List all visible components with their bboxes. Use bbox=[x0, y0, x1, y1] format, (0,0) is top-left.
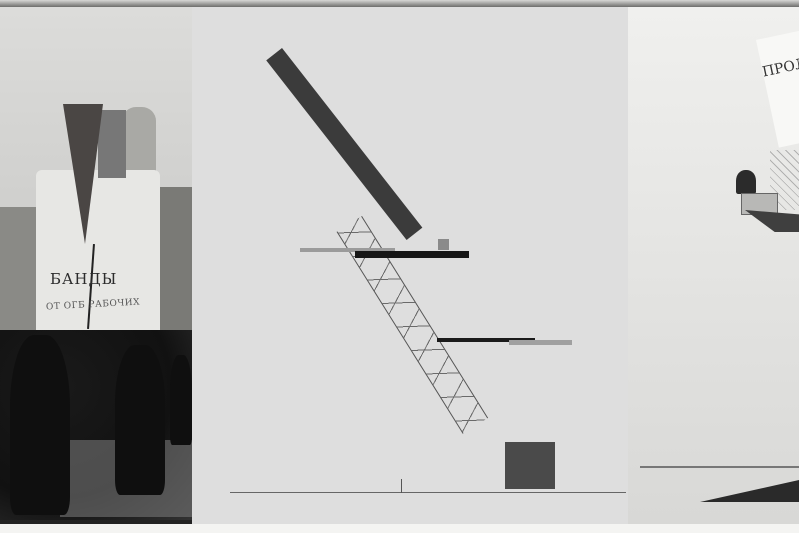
ground-line bbox=[230, 492, 626, 493]
tribune-drawing-panel bbox=[192, 7, 628, 524]
person-figure bbox=[115, 345, 165, 495]
small-square bbox=[438, 239, 449, 250]
person-figure bbox=[170, 355, 192, 445]
ground-tick-mark bbox=[401, 479, 402, 493]
building-left bbox=[0, 207, 40, 337]
monument-inscription-main: БАНДЫ bbox=[50, 270, 117, 288]
frame-top-edge bbox=[0, 0, 799, 7]
monument-pedestal bbox=[36, 170, 160, 340]
building-right bbox=[155, 187, 192, 337]
orator-figure bbox=[736, 170, 756, 194]
base-block bbox=[505, 442, 555, 489]
wedge-side-face bbox=[98, 110, 126, 178]
grey-bar-lower bbox=[509, 340, 572, 345]
person-figure bbox=[10, 335, 70, 515]
black-bar-upper bbox=[355, 251, 469, 258]
bottom-margin bbox=[0, 524, 799, 533]
right-ground-line bbox=[640, 466, 799, 468]
